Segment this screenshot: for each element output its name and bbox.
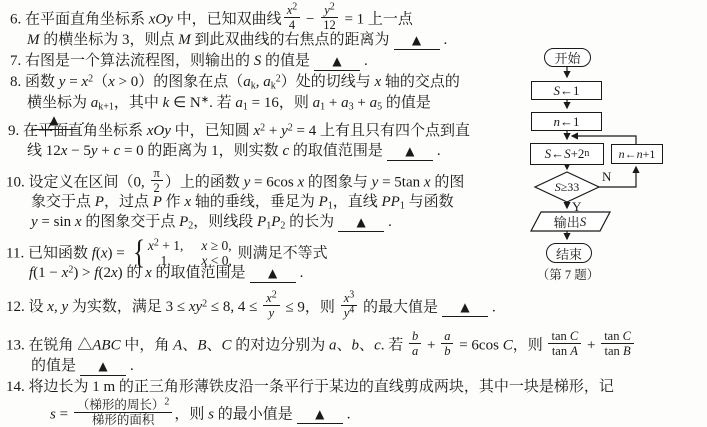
text-run: 9. 在平面直角坐标系 xOy 中，已知圆 x2 + y2 = 4 上有且只有四… [8, 123, 470, 139]
math-fraction: ba [409, 329, 421, 359]
question-12-line-1: 12. 设 x, y 为实数，满足 3 ≤ xy2 ≤ 8, 4 ≤ x2y ≤… [6, 293, 496, 313]
answer-blank: ▲ [338, 213, 384, 232]
question-10-line-2: 象交于点 P，过点 P 作 x 轴的垂线，垂足为 P1，直线 PP1 与函数 [31, 192, 454, 212]
question-6-line-1: 6. 在平面直角坐标系 xOy 中，已知双曲线x24 − y212 = 1 上一… [10, 5, 413, 25]
text-run: 线 12x − 5y + c = 0 的距离为 1，则实数 c 的取值范围是 [27, 143, 383, 159]
flowchart-init-s-node: S←1 [531, 81, 602, 100]
text-run: = 6cos C，则 [455, 337, 546, 353]
question-13-line-2: 的值是▲. [31, 356, 134, 376]
text-run: . [388, 214, 392, 230]
text-run: . [444, 32, 448, 48]
question-11-line-1: 11. 已知函数 f(x) = {x2 + 1,x ≥ 0,1,x < 0, 则… [6, 239, 328, 259]
text-run: − [302, 11, 318, 27]
text-run: 10. 设定义在区间（0, [6, 174, 149, 190]
text-run: . [437, 143, 441, 159]
answer-triangle-icon: ▲ [315, 407, 324, 421]
answer-triangle-icon: ▲ [98, 359, 107, 373]
flowchart-end-node: 结束 [546, 243, 592, 263]
text-run: 14. 将边长为 1 m 的正三角形薄铁皮沿一条平行于某边的直线剪成两块，其中一… [6, 379, 614, 395]
question-8-line-1: 8. 函数 y = x2（x > 0）的图象在点（ak, ak2）处的切线与 x… [10, 72, 460, 92]
question-8-line-2: 横坐标为 ak+1，其中 k ∈ N∗. 若 a1 = 16，则 a1 + a3… [27, 93, 431, 113]
text-run: + [583, 337, 599, 353]
text-run: 横坐标为 ak+1，其中 k ∈ N∗. 若 a1 = 16，则 a1 + a3… [27, 95, 431, 111]
flowchart-condition-node: S≥33 [537, 178, 597, 196]
text-run: 11. 已知函数 f(x) = [6, 246, 129, 262]
answer-triangle-icon: ▲ [405, 144, 414, 158]
math-fraction: ab [441, 329, 453, 359]
text-run: + [423, 337, 439, 353]
answer-blank: ▲ [387, 142, 433, 161]
flowchart-caption: （第 7 题） [528, 265, 608, 283]
exam-page: 6. 在平面直角坐标系 xOy 中，已知双曲线x24 − y212 = 1 上一… [0, 0, 707, 427]
text-run: 的值是 [31, 358, 76, 374]
flowchart-start-node: 开始 [544, 48, 591, 67]
text-run: = 1 上一点 [341, 11, 413, 27]
text-run: 6. 在平面直角坐标系 xOy 中，已知双曲线 [10, 11, 282, 27]
question-14-line-1: 14. 将边长为 1 m 的正三角形薄铁皮沿一条平行于某边的直线剪成两块，其中一… [6, 377, 614, 397]
question-14-line-2: s = （梯形的周长）2梯形的面积，则 s 的最小值是▲. [50, 400, 350, 420]
question-10-line-1: 10. 设定义在区间（0, π2）上的函数 y = 6cos x 的图象与 y … [6, 168, 464, 188]
math-fraction: x24 [284, 3, 301, 33]
text-run: . [130, 358, 134, 374]
question-7-line-1: 7. 右图是一个算法流程图，则输出的 S 的值是▲. [10, 51, 368, 71]
text-run: f(1 − x2) > f(2x) 的 x 的取值范围是 [29, 265, 246, 281]
math-fraction: x3y4 [341, 291, 358, 321]
text-run: 则满足不等式 [234, 246, 328, 262]
answer-blank: ▲ [297, 405, 343, 424]
flowchart-no-label: N [602, 169, 611, 185]
answer-triangle-icon: ▲ [357, 215, 366, 229]
text-run: s = [50, 406, 72, 422]
flowchart-yes-label: Y [572, 199, 581, 215]
answer-blank: ▲ [442, 298, 488, 317]
flowchart-accumulate-node: S←S+2n [530, 143, 604, 165]
text-run: 7. 右图是一个算法流程图，则输出的 S 的值是 [10, 53, 310, 69]
math-fraction: （梯形的周长）2梯形的面积 [74, 398, 173, 427]
math-fraction: y212 [320, 3, 339, 33]
question-9-line-1: 9. 在平面直角坐标系 xOy 中，已知圆 x2 + y2 = 4 上有且只有四… [8, 121, 470, 141]
answer-triangle-icon: ▲ [460, 300, 469, 314]
text-run: M 的横坐标为 3，则点 M 到此双曲线的右焦点的距离为 [27, 32, 390, 48]
answer-blank: ▲ [250, 264, 296, 283]
math-fraction: x2y [263, 291, 280, 321]
question-10-line-3: y = sin x 的图象交于点 P2，则线段 P1P2 的长为▲. [31, 212, 392, 232]
text-run: ≤ 9，则 [282, 299, 339, 315]
text-run: y = sin x 的图象交于点 P2，则线段 P1P2 的长为 [31, 214, 334, 230]
answer-triangle-icon: ▲ [332, 54, 341, 68]
text-run: . [364, 53, 368, 69]
flowchart-output-node: 输出 S [537, 213, 603, 230]
flowchart-init-n-node: n←1 [531, 112, 602, 131]
answer-blank: ▲ [394, 31, 440, 50]
text-run: 象交于点 P，过点 P 作 x 轴的垂线，垂足为 P1，直线 PP1 与函数 [31, 194, 454, 210]
text-run: 12. 设 x, y 为实数，满足 3 ≤ xy2 ≤ 8, 4 ≤ [6, 299, 261, 315]
text-run: 8. 函数 y = x2（x > 0）的图象在点（ak, ak2）处的切线与 x… [10, 74, 460, 90]
flowchart-increment-node: n←n+1 [611, 144, 663, 164]
question-9-line-2: 线 12x − 5y + c = 0 的距离为 1，则实数 c 的取值范围是▲. [27, 141, 441, 161]
text-run: . [492, 299, 496, 315]
text-run: . [347, 406, 351, 422]
answer-blank: ▲ [80, 357, 126, 376]
math-fraction: tan Ctan A [548, 329, 581, 359]
text-run: ，则 s 的最小值是 [174, 406, 292, 422]
text-run: 13. 在锐角 △ABC 中，角 A、B、C 的对边分别为 a、b、c. 若 [6, 337, 407, 353]
math-fraction: tan Ctan B [601, 329, 634, 359]
question-11-line-2: f(1 − x2) > f(2x) 的 x 的取值范围是▲. [29, 263, 303, 283]
answer-triangle-icon: ▲ [412, 33, 421, 47]
question-6-line-2: M 的横坐标为 3，则点 M 到此双曲线的右焦点的距离为▲. [27, 30, 447, 50]
question-13-line-1: 13. 在锐角 △ABC 中，角 A、B、C 的对边分别为 a、b、c. 若 b… [6, 331, 636, 351]
text-run: ）上的函数 y = 6cos x 的图象与 y = 5tan x 的图 [165, 174, 465, 190]
text-run: 的最大值是 [359, 299, 438, 315]
answer-triangle-icon: ▲ [268, 266, 277, 280]
text-run: . [300, 265, 304, 281]
answer-blank: ▲ [314, 52, 360, 71]
